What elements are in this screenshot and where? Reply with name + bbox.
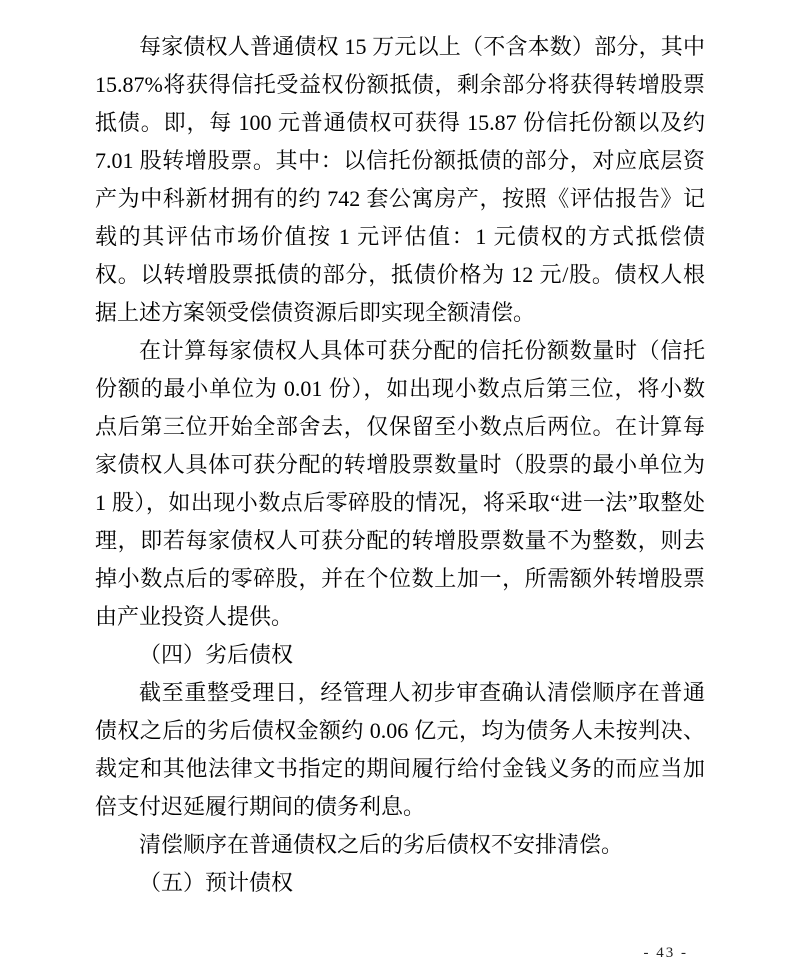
paragraph-rounding-rules: 在计算每家债权人具体可获分配的信托份额数量时（信托份额的最小单位为 0.01 份… bbox=[95, 332, 705, 636]
document-text-block: 每家债权人普通债权 15 万元以上（不含本数）部分，其中 15.87%将获得信托… bbox=[95, 28, 705, 902]
paragraph-common-claims-repayment-plan: 每家债权人普通债权 15 万元以上（不含本数）部分，其中 15.87%将获得信托… bbox=[95, 28, 705, 332]
section-heading-estimated-claims: （五）预计债权 bbox=[95, 864, 705, 902]
paragraph-subordinated-claims-amount: 截至重整受理日，经管理人初步审查确认清偿顺序在普通债权之后的劣后债权金额约 0.… bbox=[95, 674, 705, 826]
section-heading-subordinated-claims: （四）劣后债权 bbox=[95, 636, 705, 674]
page-number: - 43 - bbox=[644, 945, 689, 962]
paragraph-subordinated-claims-no-repayment: 清偿顺序在普通债权之后的劣后债权不安排清偿。 bbox=[95, 826, 705, 864]
